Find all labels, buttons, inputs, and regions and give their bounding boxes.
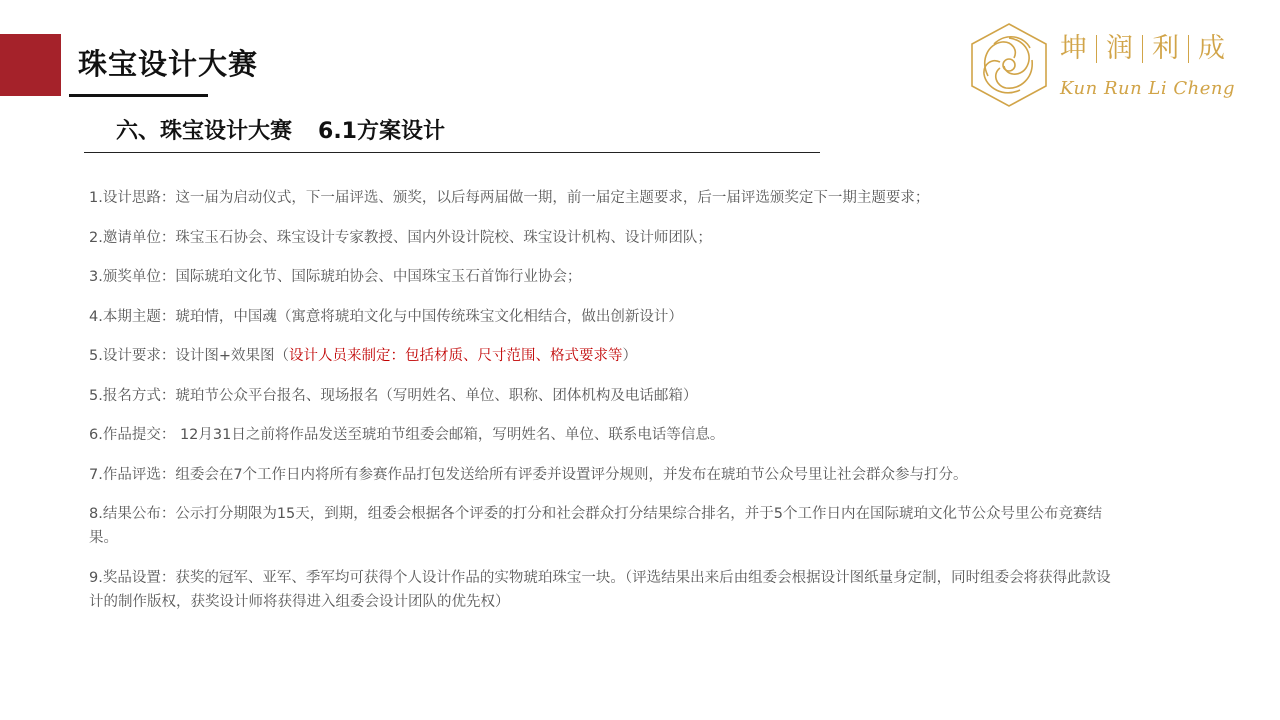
list-item: 1.设计思路：这一届为启动仪式，下一届评选、颁奖，以后每两届做一期，前一届定主题… bbox=[89, 186, 1114, 210]
list-item: 5.报名方式：琥珀节公众平台报名、现场报名（写明姓名、单位、职称、团体机构及电话… bbox=[89, 384, 1114, 408]
list-item: 9.奖品设置：获奖的冠军、亚军、季军均可获得个人设计作品的实物琥珀珠宝一块。（评… bbox=[89, 566, 1114, 614]
logo-divider bbox=[1188, 35, 1189, 63]
list-item: 3.颁奖单位：国际琥珀文化节、国际琥珀协会、中国珠宝玉石首饰行业协会； bbox=[89, 265, 1114, 289]
section-prefix: 六、珠宝设计大赛 bbox=[116, 119, 292, 144]
logo-divider bbox=[1142, 35, 1143, 63]
list-item: 6.作品提交： 12月31日之前将作品发送至琥珀节组委会邮箱，写明姓名、单位、联… bbox=[89, 423, 1114, 447]
list-item: 2.邀请单位：珠宝玉石协会、珠宝设计专家教授、国内外设计院校、珠宝设计机构、设计… bbox=[89, 226, 1114, 250]
list-item: 5.设计要求：设计图+效果图（设计人员来制定：包括材质、尺寸范围、格式要求等） bbox=[89, 344, 1114, 368]
list-item: 7.作品评选：组委会在7个工作日内将所有参赛作品打包发送给所有评委并设置评分规则… bbox=[89, 463, 1114, 487]
logo-english-name: Kun Run Li Cheng bbox=[1060, 78, 1235, 99]
logo-char: 润 bbox=[1106, 32, 1133, 66]
logo-char: 利 bbox=[1152, 32, 1179, 66]
hexagon-swirl-logo-icon bbox=[964, 20, 1054, 110]
highlight-text: 设计人员来制定：包括材质、尺寸范围、格式要求等 bbox=[289, 348, 623, 364]
logo-char: 坤 bbox=[1060, 32, 1087, 66]
item-text: ） bbox=[622, 348, 637, 364]
page-title: 珠宝设计大赛 bbox=[78, 44, 258, 84]
list-item: 8.结果公布：公示打分期限为15天，到期，组委会根据各个评委的打分和社会群众打分… bbox=[89, 502, 1114, 550]
logo-divider bbox=[1096, 35, 1097, 63]
section-subtitle: 6.1方案设计 bbox=[318, 119, 445, 144]
item-text: 5.设计要求：设计图+效果图（ bbox=[89, 348, 289, 364]
section-underline bbox=[84, 152, 820, 153]
company-logo: 坤 润 利 成 Kun Run Li Cheng bbox=[964, 20, 1254, 110]
logo-char: 成 bbox=[1198, 32, 1225, 66]
title-underline bbox=[69, 94, 208, 97]
item-list: 1.设计思路：这一届为启动仪式，下一届评选、颁奖，以后每两届做一期，前一届定主题… bbox=[89, 186, 1114, 629]
section-heading: 六、珠宝设计大赛6.1方案设计 bbox=[116, 116, 445, 148]
list-item: 4.本期主题：琥珀情，中国魂（寓意将琥珀文化与中国传统珠宝文化相结合，做出创新设… bbox=[89, 305, 1114, 329]
title-accent-block bbox=[0, 34, 61, 96]
logo-chinese-name: 坤 润 利 成 bbox=[1060, 32, 1225, 66]
